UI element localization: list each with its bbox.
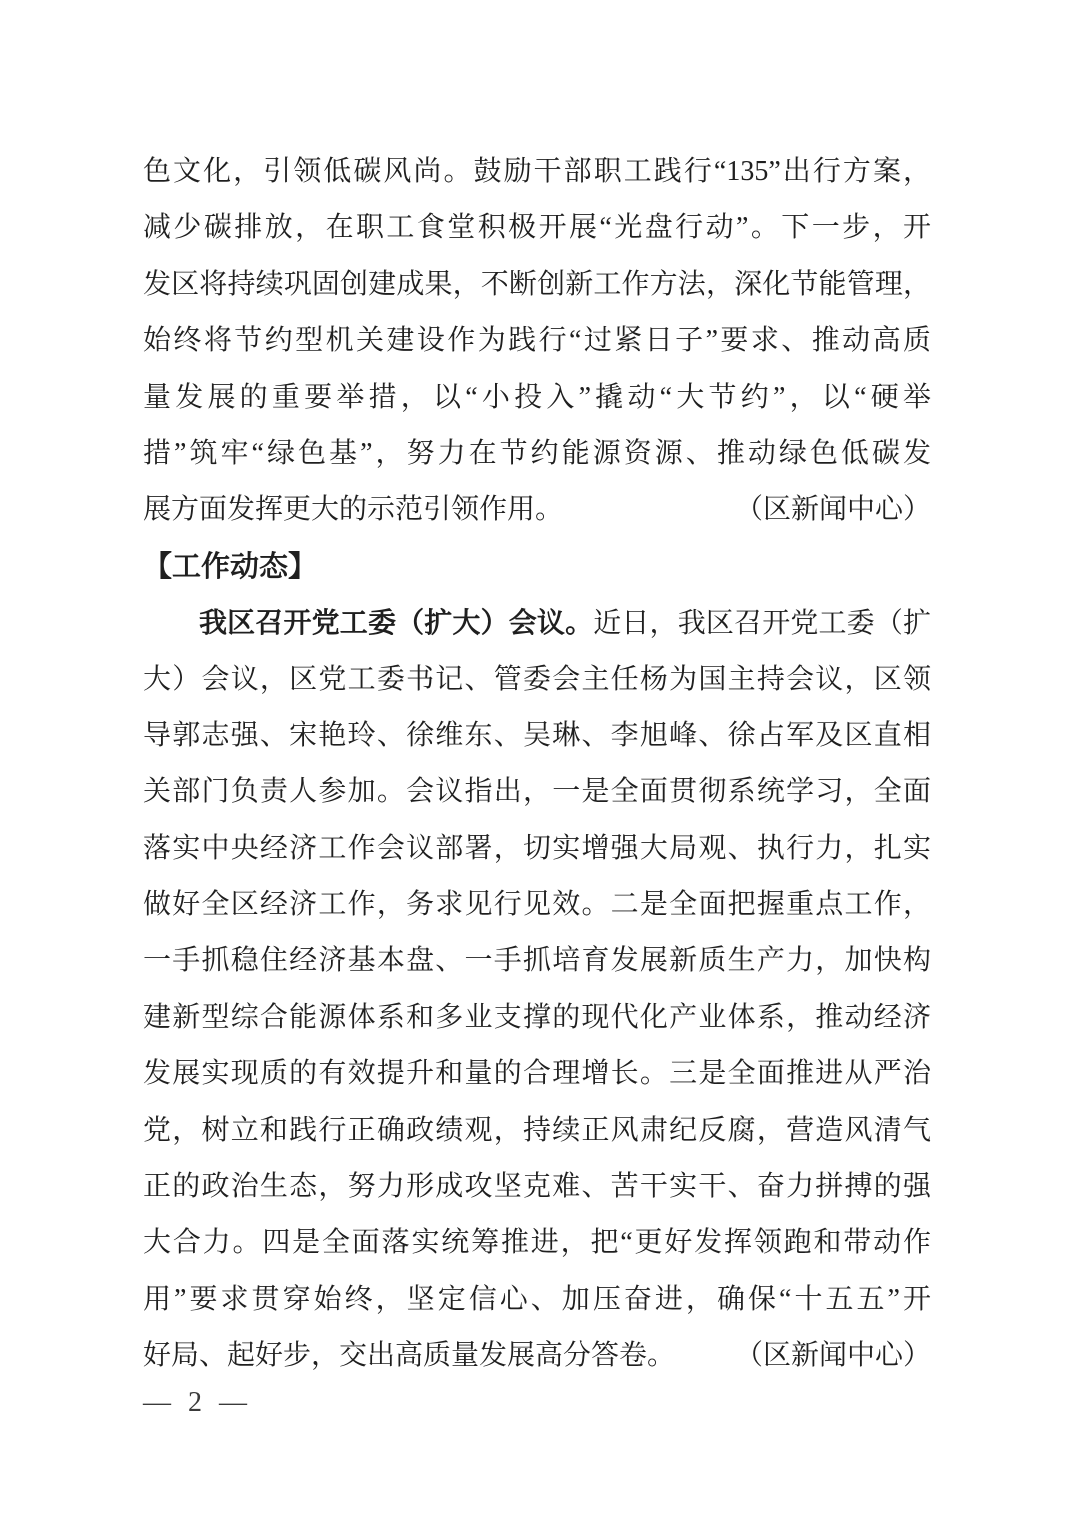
text-line: 落实中央经济工作会议部署，切实增强大局观、执行力，扎实 [143, 821, 931, 877]
text-line: 一手抓稳住经济基本盘、一手抓培育发展新质生产力，加快构 [143, 933, 931, 989]
document-page: 色文化，引领低碳风尚。鼓励干部职工践行“135”出行方案，减少碳排放，在职工食堂… [0, 0, 1074, 1520]
text-segment: 发展实现质的有效提升和量的合理增长。三是全面推进从严治 [143, 1058, 931, 1089]
text-segment: 措”筑牢“绿色基”，努力在节约能源资源、推动绿色低碳发 [143, 438, 931, 469]
text-line: 用”要求贯穿始终，坚定信心、加压奋进，确保“十五五”开 [143, 1272, 931, 1328]
text-line: 措”筑牢“绿色基”，努力在节约能源资源、推动绿色低碳发 [143, 426, 931, 482]
text-line: 大合力。四是全面落实统筹推进，把“更好发挥领跑和带动作 [143, 1215, 931, 1271]
text-line: 色文化，引领低碳风尚。鼓励干部职工践行“135”出行方案， [143, 144, 931, 200]
text-line-with-attribution: 展方面发挥更大的示范引领作用。（区新闻中心） [143, 482, 931, 538]
text-line: 大）会议，区党工委书记、管委会主任杨为国主持会议，区领 [143, 652, 931, 708]
text-segment: 大合力。四是全面落实统筹推进，把“更好发挥领跑和带动作 [143, 1227, 931, 1258]
text-segment: 一手抓稳住经济基本盘、一手抓培育发展新质生产力，加快构 [143, 945, 931, 976]
text-segment: 关部门负责人参加。会议指出，一是全面贯彻系统学习，全面 [143, 776, 931, 807]
attribution-segment: （区新闻中心） [735, 1328, 931, 1384]
text-segment: 做好全区经济工作，务求见行见效。二是全面把握重点工作， [143, 889, 931, 920]
page-number: — 2 — [143, 1378, 249, 1428]
text-line-with-attribution: 好局、起好步，交出高质量发展高分答卷。（区新闻中心） [143, 1328, 931, 1384]
text-line: 量发展的重要举措，以“小投入”撬动“大节约”，以“硬举 [143, 370, 931, 426]
bold-text-segment: 我区召开党工委（扩大）会议。 [199, 607, 593, 638]
text-segment: 落实中央经济工作会议部署，切实增强大局观、执行力，扎实 [143, 833, 931, 864]
text-segment: 正的政治生态，努力形成攻坚克难、苦干实干、奋力拼搏的强 [143, 1171, 931, 1202]
text-segment: 色文化，引领低碳风尚。鼓励干部职工践行“135”出行方案， [143, 156, 931, 187]
text-segment: 好局、起好步，交出高质量发展高分答卷。 [143, 1328, 675, 1384]
text-line: 发区将持续巩固创建成果，不断创新工作方法，深化节能管理， [143, 257, 931, 313]
text-segment: 发区将持续巩固创建成果，不断创新工作方法，深化节能管理， [143, 269, 931, 300]
text-segment: 党，树立和践行正确政绩观，持续正风肃纪反腐，营造风清气 [143, 1115, 931, 1146]
document-body: 色文化，引领低碳风尚。鼓励干部职工践行“135”出行方案，减少碳排放，在职工食堂… [143, 144, 931, 1385]
text-line: 我区召开党工委（扩大）会议。近日，我区召开党工委（扩 [143, 595, 931, 651]
text-segment: 导郭志强、宋艳玲、徐维东、吴琳、李旭峰、徐占军及区直相 [143, 720, 931, 751]
text-line: 党，树立和践行正确政绩观，持续正风肃纪反腐，营造风清气 [143, 1103, 931, 1159]
text-line: 正的政治生态，努力形成攻坚克难、苦干实干、奋力拼搏的强 [143, 1159, 931, 1215]
text-segment: 始终将节约型机关建设作为践行“过紧日子”要求、推动高质 [143, 325, 931, 356]
text-line: 做好全区经济工作，务求见行见效。二是全面把握重点工作， [143, 877, 931, 933]
text-line: 始终将节约型机关建设作为践行“过紧日子”要求、推动高质 [143, 313, 931, 369]
text-line: 关部门负责人参加。会议指出，一是全面贯彻系统学习，全面 [143, 764, 931, 820]
text-line: 建新型综合能源体系和多业支撑的现代化产业体系，推动经济 [143, 990, 931, 1046]
section-heading: 【工作动态】 [143, 539, 931, 595]
text-segment: 大）会议，区党工委书记、管委会主任杨为国主持会议，区领 [143, 664, 931, 695]
bold-text-segment: 【工作动态】 [143, 551, 317, 583]
text-segment: 量发展的重要举措，以“小投入”撬动“大节约”，以“硬举 [143, 382, 931, 413]
text-line: 发展实现质的有效提升和量的合理增长。三是全面推进从严治 [143, 1046, 931, 1102]
text-line: 导郭志强、宋艳玲、徐维东、吴琳、李旭峰、徐占军及区直相 [143, 708, 931, 764]
text-segment: 展方面发挥更大的示范引领作用。 [143, 482, 563, 538]
text-segment: 用”要求贯穿始终，坚定信心、加压奋进，确保“十五五”开 [143, 1284, 931, 1315]
text-segment: 建新型综合能源体系和多业支撑的现代化产业体系，推动经济 [143, 1002, 931, 1033]
text-segment: 减少碳排放，在职工食堂积极开展“光盘行动”。下一步，开 [143, 212, 931, 243]
text-line: 减少碳排放，在职工食堂积极开展“光盘行动”。下一步，开 [143, 200, 931, 256]
text-segment: 近日，我区召开党工委（扩 [593, 608, 931, 639]
attribution-segment: （区新闻中心） [735, 482, 931, 538]
